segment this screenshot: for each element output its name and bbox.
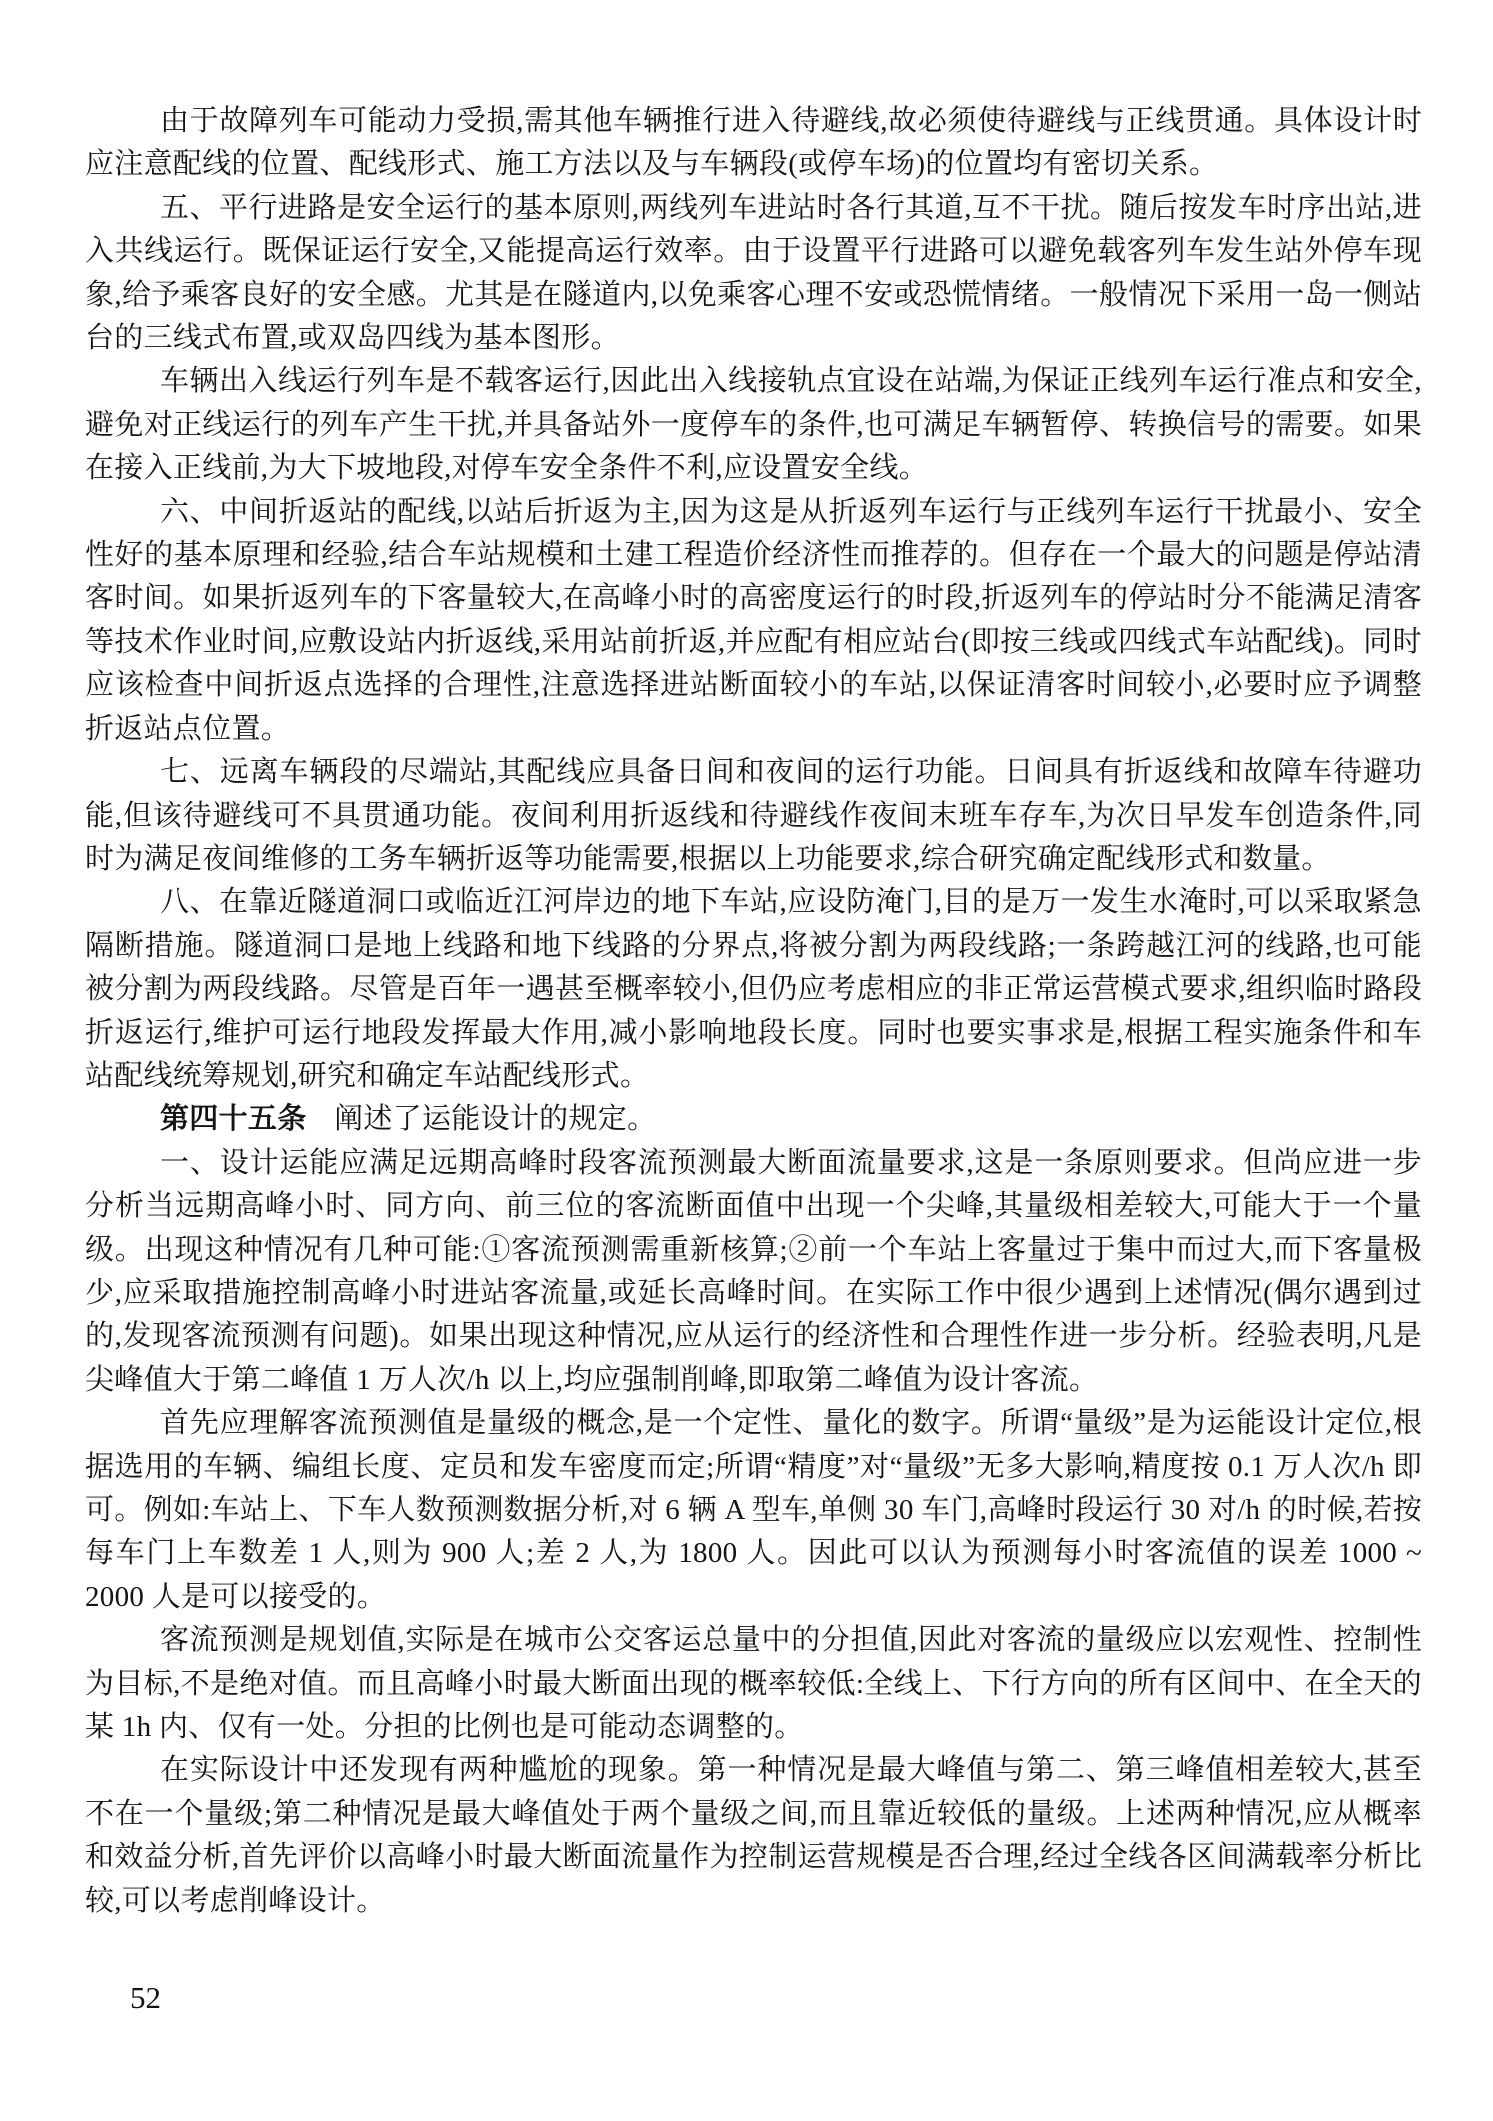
document-page: 由于故障列车可能动力受损,需其他车辆推行进入待避线,故必须使待避线与正线贯通。具… — [0, 0, 1493, 2121]
paragraph-forecast-magnitude: 首先应理解客流预测值是量级的概念,是一个定性、量化的数字。所谓“量级”是为运能设… — [85, 1402, 1422, 1619]
paragraph-item-6: 六、中间折返站的配线,以站后折返为主,因为这是从折返列车运行与正线列车运行干扰最… — [85, 491, 1422, 751]
page-footer: 52 — [130, 1981, 161, 2015]
paragraph-vehicle-entry-lines: 车辆出入线运行列车是不载客运行,因此出入线接轨点宜设在站端,为保证正线列车运行准… — [85, 360, 1422, 490]
paragraph-item-7: 七、远离车辆段的尽端站,其配线应具备日间和夜间的运行功能。日间具有折返线和故障车… — [85, 751, 1422, 881]
paragraph-item-8: 八、在靠近隧道洞口或临近江河岸边的地下车站,应设防淹门,目的是万一发生水淹时,可… — [85, 881, 1422, 1098]
article-number: 第四十五条 — [160, 1103, 307, 1135]
paragraph-two-awkward-cases: 在实际设计中还发现有两种尴尬的现象。第一种情况是最大峰值与第二、第三峰值相差较大… — [85, 1749, 1422, 1923]
document-body: 由于故障列车可能动力受损,需其他车辆推行进入待避线,故必须使待避线与正线贯通。具… — [85, 100, 1422, 1923]
paragraph-forecast-planning-value: 客流预测是规划值,实际是在城市公交客运总量中的分担值,因此对客流的量级应以宏观性… — [85, 1619, 1422, 1749]
paragraph-continuation: 由于故障列车可能动力受损,需其他车辆推行进入待避线,故必须使待避线与正线贯通。具… — [85, 100, 1422, 187]
paragraph-item-5: 五、平行进路是安全运行的基本原则,两线列车进站时各行其道,互不干扰。随后按发车时… — [85, 187, 1422, 361]
article-title: 阐述了运能设计的规定。 — [334, 1103, 656, 1135]
paragraph-capacity-item-1: 一、设计运能应满足远期高峰时段客流预测最大断面流量要求,这是一条原则要求。但尚应… — [85, 1142, 1422, 1402]
page-number: 52 — [130, 1980, 161, 2015]
article-45-heading: 第四十五条阐述了运能设计的规定。 — [85, 1098, 1422, 1141]
